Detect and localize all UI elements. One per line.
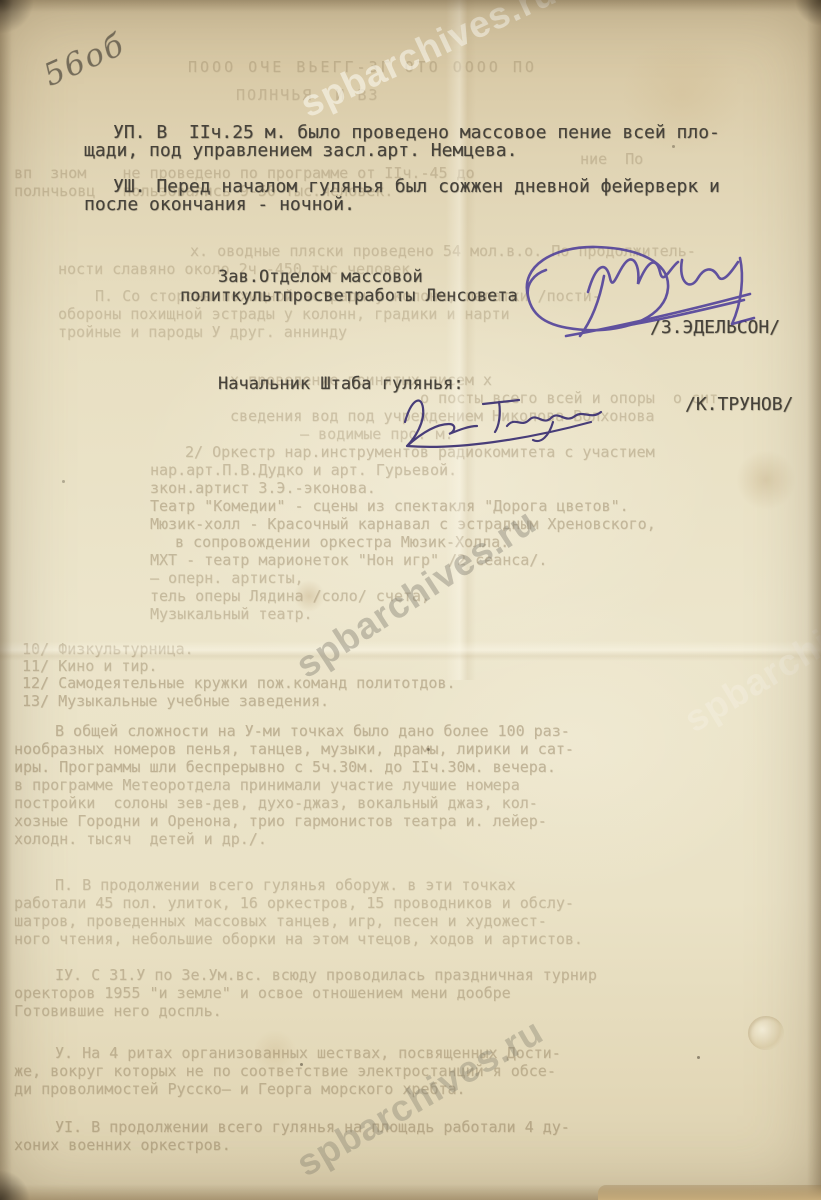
ghost-text-line: Театр "Комедии" - сцены из спектакля "До… bbox=[150, 497, 629, 515]
ghost-text-line: П. В продолжении всего гулянья оборуж. в… bbox=[55, 876, 516, 894]
ghost-text-line: В общей сложности на У-ми точках было да… bbox=[55, 722, 570, 740]
ghost-text-line: шатров, проведенных массовых танцев, игр… bbox=[14, 912, 547, 930]
ghost-text-line: 12/ Самодеятельные кружки пож.команд пол… bbox=[22, 674, 455, 692]
ghost-text-line: обороны похищной эстрады у колонн, гради… bbox=[58, 305, 510, 323]
paper-speck bbox=[427, 748, 430, 751]
ghost-text-line: ние По bbox=[580, 150, 643, 168]
ghost-text-line: — оперн. артисты, bbox=[150, 569, 304, 587]
ghost-text-line: холодн. тысяч детей и др./. bbox=[14, 830, 267, 848]
ghost-text-line: зкон.артист З.Э.-эконова. bbox=[150, 479, 376, 497]
next-page-edge bbox=[598, 1185, 821, 1200]
typed-text-line: /К.ТРУНОВ/ bbox=[685, 394, 793, 415]
ghost-text-line: Мюзик-холл - Красочный карнавал с эстрад… bbox=[150, 515, 656, 533]
ghost-text-line: 10/ Физкультурница. bbox=[22, 640, 194, 658]
signature-stroke bbox=[527, 247, 668, 330]
ghost-text-line: УІ. В продолжении всего гулянья на площа… bbox=[55, 1118, 570, 1136]
trunov-signature bbox=[395, 380, 615, 452]
ghost-text-line: Готовившие него доспль. bbox=[14, 1002, 222, 1020]
paper-edge-right bbox=[807, 0, 821, 1200]
signature-stroke bbox=[681, 260, 738, 284]
paper-edge-top bbox=[0, 0, 821, 12]
ghost-text-line: Музыкальный театр. bbox=[150, 605, 313, 623]
typed-text-line: политкультпросветработы Ленсовета bbox=[180, 286, 518, 306]
paper-speck bbox=[672, 145, 675, 148]
typed-text-line: щади, под управлением засл.арт. Немцева. bbox=[84, 140, 517, 161]
ghost-text-line: в программе Метеоротдела принимали участ… bbox=[14, 776, 520, 794]
spbarchives-watermark: spbarchives.ru bbox=[677, 562, 821, 741]
typed-text-line: после окончания - ночной. bbox=[84, 194, 355, 215]
corner-shadow-top-right bbox=[771, 0, 821, 44]
ghost-text-line: ного чтения, небольшие оборки на этом чт… bbox=[14, 930, 583, 948]
signature-stroke bbox=[483, 400, 519, 432]
embossed-crease-mark bbox=[748, 1016, 784, 1050]
ghost-text-line: постройки солоны зев-дев, духо-джаз, вок… bbox=[14, 794, 538, 812]
ghost-text-line: оректоров 1955 "и земле" и освое отношен… bbox=[14, 984, 511, 1002]
ghost-text-line: 13/ Музыкальные учебные заведения. bbox=[22, 692, 329, 710]
edelson-signature bbox=[492, 232, 772, 350]
ghost-text-line: иры. Программы шли беспрерывно с 5ч.З0м.… bbox=[14, 758, 556, 776]
paper-speck bbox=[300, 1063, 303, 1066]
paper-speck bbox=[62, 480, 65, 483]
ghost-text-line: хоних военних оркестров. bbox=[14, 1136, 231, 1154]
signature-stroke bbox=[407, 422, 591, 447]
ghost-text-line: 11/ Кино и тир. bbox=[22, 657, 157, 675]
ghost-text-line: работали 45 пол. улиток, 16 оркестров, 1… bbox=[14, 894, 574, 912]
ghost-text-line: нар.арт.П.В.Дудко и арт. Гурьевой. bbox=[150, 461, 457, 479]
signature-stroke bbox=[610, 300, 744, 328]
ghost-text-line: хозные Городни и Оренона, трио гармонист… bbox=[14, 812, 547, 830]
signature-stroke bbox=[405, 400, 477, 446]
paper-speck bbox=[697, 1056, 700, 1059]
signature-stroke bbox=[580, 276, 604, 336]
ghost-text-line: тройные и пароды У друг. аннинду bbox=[58, 323, 347, 341]
ghost-text-line: нообразных номеров пенья, танцев, музыки… bbox=[14, 740, 574, 758]
typed-text-line: Зав.Отделом массовой bbox=[218, 267, 423, 287]
document-page: ПООО ОЧЕ ВЬЕГГ-ЗГ ОТО ОООО ПОПОЛНЧЬЯ И В… bbox=[0, 0, 821, 1200]
paper-edge-bottom bbox=[0, 1184, 821, 1200]
paper-edge-left bbox=[0, 0, 12, 1200]
ghost-text-line: IУ. С 31.У по Зе.Ум.вс. всюду проводилас… bbox=[55, 966, 597, 984]
pencil-folio-number: 56об bbox=[38, 26, 130, 93]
